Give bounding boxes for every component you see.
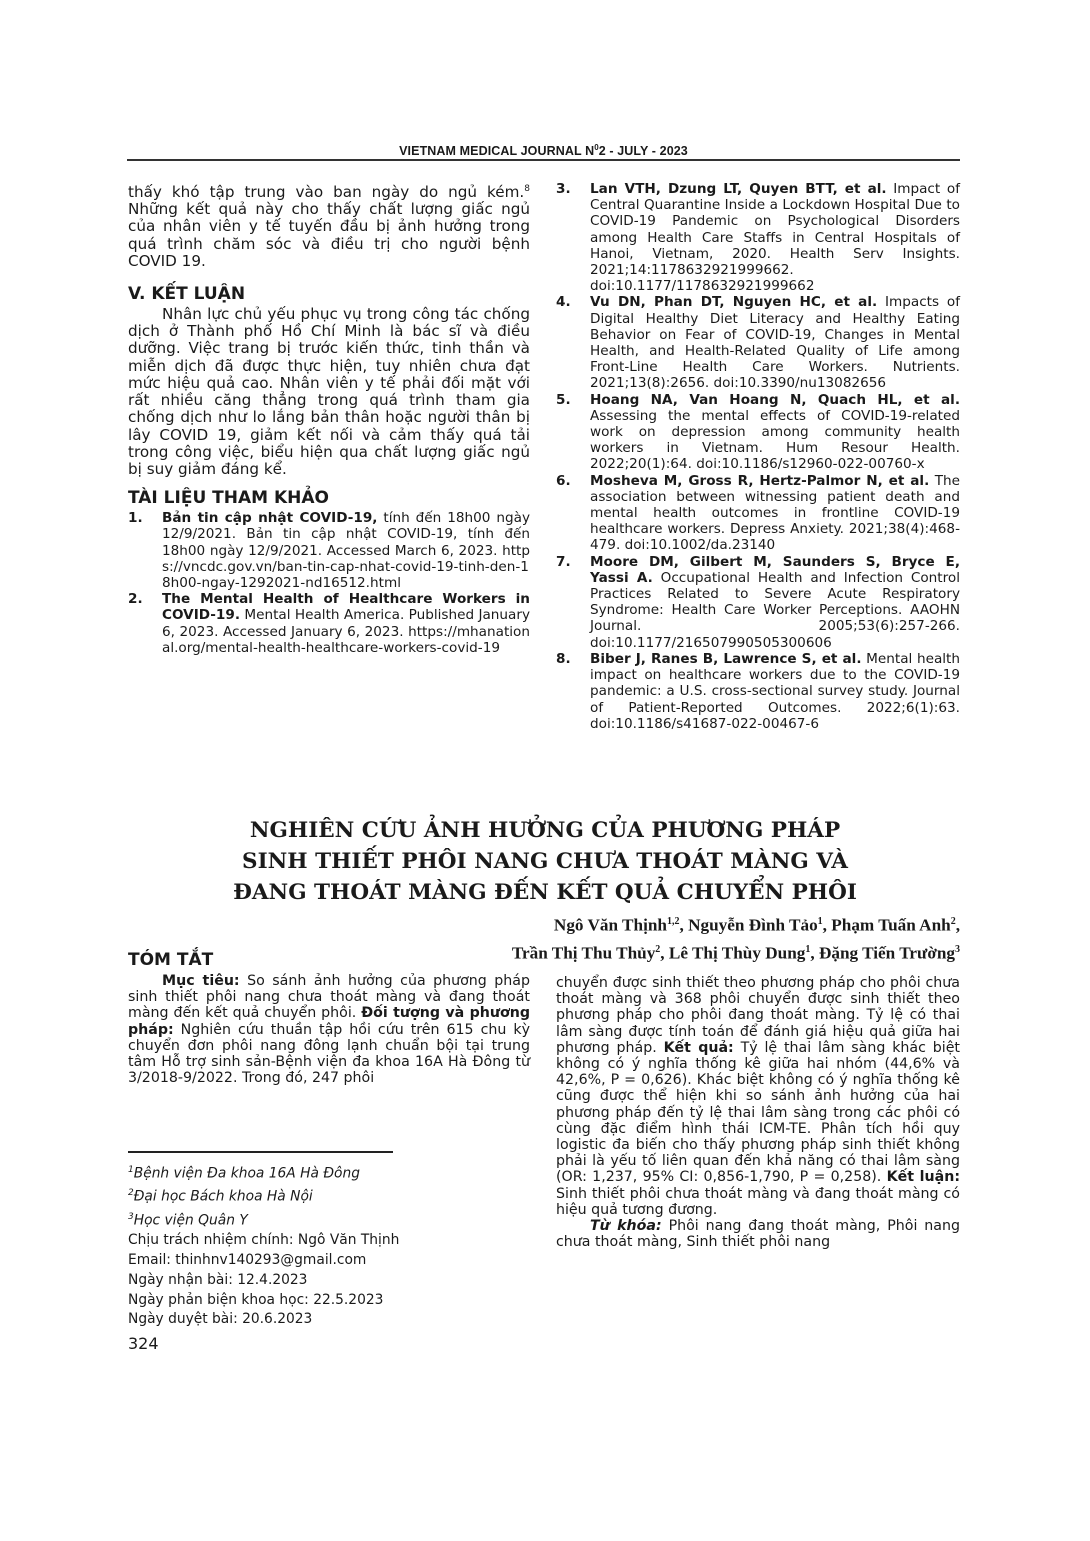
reference-list-left: 1. Bản tin cập nhật COVID-19, tính đến 1… (128, 510, 530, 656)
footnote-rule (128, 1151, 393, 1153)
author-name: Đặng Tiến Trường (819, 943, 955, 962)
conclusion-heading: V. KẾT LUẬN (128, 284, 530, 304)
reference-number: 8. (556, 651, 590, 732)
reference-authors: Biber J, Ranes B, Lawrence S, et al. (590, 651, 862, 667)
abstract-heading: TÓM TẮT (128, 950, 530, 970)
journal-name: VIETNAM MEDICAL JOURNAL N (399, 144, 594, 158)
accepted-date: Ngày duyệt bài: 20.6.2023 (128, 1310, 530, 1330)
author-name: Trần Thị Thu Thủy (512, 943, 655, 962)
reference-authors: Vu DN, Phan DT, Nguyen HC, et al. (590, 294, 877, 310)
reference-item: 1. Bản tin cập nhật COVID-19, tính đến 1… (128, 510, 530, 591)
journal-header: VIETNAM MEDICAL JOURNAL N02 - JULY - 202… (127, 143, 960, 158)
keywords: Từ khóa: Phôi nang đang thoát màng, Phôi… (556, 1218, 960, 1250)
affiliation: 2Đại học Bách khoa Hà Nội (128, 1184, 530, 1207)
header-rule (127, 159, 960, 161)
abstract-left-column: TÓM TẮT Mục tiêu: So sánh ảnh hưởng của … (128, 950, 530, 1086)
title-line: NGHIÊN CỨU ẢNH HƯỞNG CỦA PHƯƠNG PHÁP (200, 815, 890, 846)
results-label: Kết quả: (664, 1040, 734, 1056)
results-text: Tỷ lệ thai lâm sàng khác biệt không có ý… (556, 1040, 960, 1186)
separator: , (823, 916, 832, 935)
left-column-previous-article: thấy khó tập trung vào ban ngày do ngủ k… (128, 181, 530, 656)
author-line: Ngô Văn Thịnh1,2, Nguyễn Đình Tảo1, Phạm… (320, 910, 960, 938)
reference-item: 3. Lan VTH, Dzung LT, Quyen BTT, et al. … (556, 181, 960, 294)
corresponding-author: Chịu trách nhiệm chính: Ngô Văn Thịnh (128, 1231, 530, 1251)
article-title: NGHIÊN CỨU ẢNH HƯỞNG CỦA PHƯƠNG PHÁP SIN… (200, 815, 890, 908)
affiliation: 1Bệnh viện Đa khoa 16A Hà Đông (128, 1161, 530, 1184)
affiliation-text: Bệnh viện Đa khoa 16A Hà Đông (134, 1166, 360, 1182)
reference-authors: Mosheva M, Gross R, Hertz-Palmor N, et a… (590, 473, 929, 489)
affiliation-sup: 3 (955, 944, 960, 955)
discussion-tail: thấy khó tập trung vào ban ngày do ngủ k… (128, 181, 530, 270)
title-line: ĐANG THOÁT MÀNG ĐẾN KẾT QUẢ CHUYỂN PHÔI (200, 877, 890, 908)
abstract-conclusion-label: Kết luận: (887, 1169, 960, 1185)
review-date: Ngày phản biện khoa học: 22.5.2023 (128, 1291, 530, 1311)
reference-text: Assessing the mental effects of COVID-19… (590, 408, 960, 473)
reference-item: 5. Hoang NA, Van Hoang N, Quach HL, et a… (556, 392, 960, 473)
abstract-conclusion-text: Sinh thiết phôi chưa thoát màng và đang … (556, 1186, 960, 1218)
reference-text: Impact of Central Quarantine Inside a Lo… (590, 181, 960, 294)
reference-item: 4. Vu DN, Phan DT, Nguyen HC, et al. Imp… (556, 294, 960, 391)
reference-authors: Hoang NA, Van Hoang N, Quach HL, et al. (590, 392, 960, 408)
footnotes: 1Bệnh viện Đa khoa 16A Hà Đông 2Đại học … (128, 1161, 530, 1330)
reference-item: 2. The Mental Health of Healthcare Worke… (128, 591, 530, 656)
reference-authors: Lan VTH, Dzung LT, Quyen BTT, et al. (590, 181, 887, 197)
citation-ref: 8 (524, 184, 530, 194)
author-name: Nguyễn Đình Tảo (688, 916, 818, 935)
reference-item: 7. Moore DM, Gilbert M, Saunders S, Bryc… (556, 554, 960, 651)
separator: , (660, 943, 669, 962)
affiliation: 3Học viện Quân Y (128, 1208, 530, 1231)
conclusion-text: Nhân lực chủ yếu phục vụ trong công tác … (128, 306, 530, 478)
reference-list-right: 3. Lan VTH, Dzung LT, Quyen BTT, et al. … (556, 181, 960, 732)
reference-number: 3. (556, 181, 590, 294)
page-number: 324 (128, 1334, 159, 1353)
discussion-text-2: Những kết quả này cho thấy chất lượng gi… (128, 200, 530, 270)
references-heading: TÀI LIỆU THAM KHẢO (128, 488, 530, 508)
abstract-right-column: chuyển được sinh thiết theo phương pháp … (556, 975, 960, 1250)
reference-number: 5. (556, 392, 590, 473)
affiliation-text: Đại học Bách khoa Hà Nội (134, 1189, 313, 1205)
reference-number: 4. (556, 294, 590, 391)
discussion-text: thấy khó tập trung vào ban ngày do ngủ k… (128, 183, 524, 201)
author-name: Phạm Tuấn Anh (831, 916, 950, 935)
author-name: Lê Thị Thùy Dung (669, 943, 805, 962)
separator: , (956, 916, 960, 935)
separator: , (679, 916, 688, 935)
affiliation-sup: 1,2 (667, 916, 680, 927)
objective-label: Mục tiêu: (162, 973, 240, 989)
reference-number: 2. (128, 591, 162, 656)
email[interactable]: Email: thinhnv140293@gmail.com (128, 1251, 530, 1271)
reference-number: 1. (128, 510, 162, 591)
received-date: Ngày nhận bài: 12.4.2023 (128, 1271, 530, 1291)
issue-date: 2 - JULY - 2023 (599, 144, 688, 158)
reference-number: 7. (556, 554, 590, 651)
title-line: SINH THIẾT PHÔI NANG CHƯA THOÁT MÀNG VÀ (200, 846, 890, 877)
methods-text: Nghiên cứu thuần tập hồi cứu trên 615 ch… (128, 1022, 530, 1087)
abstract-paragraph-cont: chuyển được sinh thiết theo phương pháp … (556, 975, 960, 1218)
abstract-paragraph: Mục tiêu: So sánh ảnh hưởng của phương p… (128, 973, 530, 1086)
reference-number: 6. (556, 473, 590, 554)
reference-item: 8. Biber J, Ranes B, Lawrence S, et al. … (556, 651, 960, 732)
reference-authors: Bản tin cập nhật COVID-19, (162, 510, 377, 526)
reference-item: 6. Mosheva M, Gross R, Hertz-Palmor N, e… (556, 473, 960, 554)
separator: , (810, 943, 819, 962)
keywords-label: Từ khóa: (590, 1218, 662, 1234)
affiliation-text: Học viện Quân Y (134, 1212, 248, 1228)
author-name: Ngô Văn Thịnh (554, 916, 667, 935)
